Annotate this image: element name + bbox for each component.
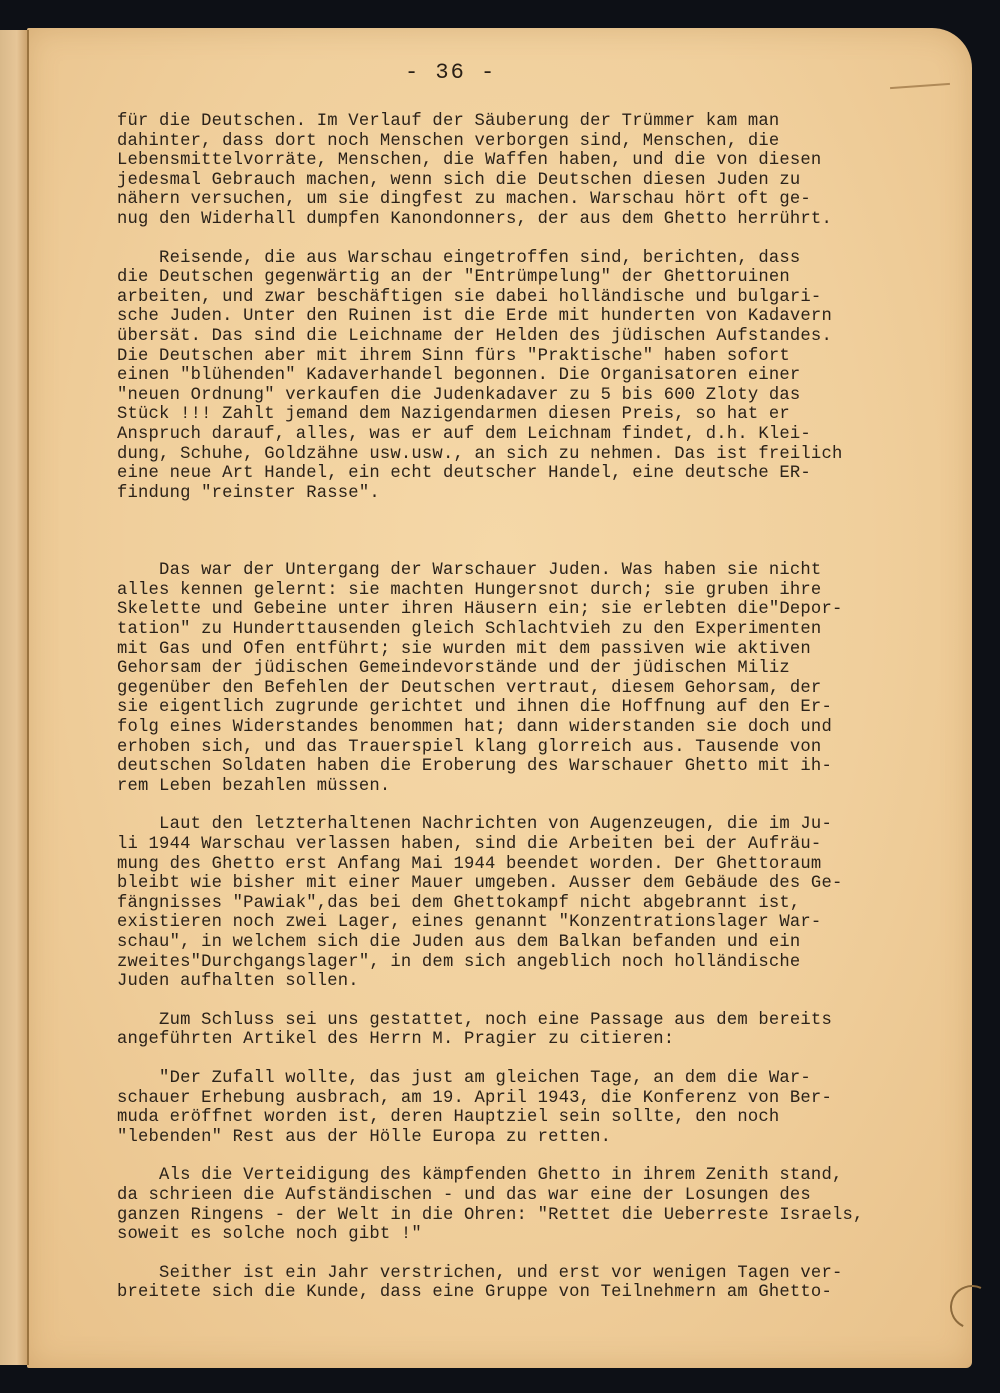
text-line: li 1944 Warschau verlassen haben, sind d… [117, 835, 947, 855]
text-line: "neuen Ordnung" verkaufen die Judenkadav… [117, 386, 947, 406]
text-line: sche Juden. Unter den Ruinen ist die Erd… [117, 307, 947, 327]
text-line: Reisende, die aus Warschau eingetroffen … [117, 249, 947, 269]
text-line: mit Gas und Ofen entführt; sie wurden mi… [117, 640, 947, 660]
text-line: gegenüber den Befehlen der Deutschen ver… [117, 679, 947, 699]
text-line: ganzen Ringens - der Welt in die Ohren: … [117, 1206, 947, 1226]
typewritten-text: für die Deutschen. Im Verlauf der Säuber… [117, 112, 947, 1322]
previous-page-edge [0, 30, 30, 1365]
text-line: nähern versuchen, um sie dingfest zu mac… [117, 190, 947, 210]
text-line: tation" zu Hunderttausenden gleich Schla… [117, 620, 947, 640]
text-line: da schrieen die Aufständischen - und das… [117, 1186, 947, 1206]
text-line: sie eigentlich zugrunde gerichtet und ih… [117, 698, 947, 718]
text-line: Seither ist ein Jahr verstrichen, und er… [117, 1264, 947, 1284]
text-line: deutschen Soldaten haben die Eroberung d… [117, 757, 947, 777]
text-line: Lebensmittelvorräte, Menschen, die Waffe… [117, 151, 947, 171]
paragraph-3: Das war der Untergang der Warschauer Jud… [117, 561, 947, 796]
text-line: eine neue Art Handel, ein echt deutscher… [117, 464, 947, 484]
text-line: Skelette und Gebeine unter ihren Häusern… [117, 600, 947, 620]
text-line: folg eines Widerstandes benommen hat; da… [117, 718, 947, 738]
text-line: soweit es solche noch gibt !" [117, 1225, 947, 1245]
text-line: angeführten Artikel des Herrn M. Pragier… [117, 1030, 947, 1050]
text-line: mung des Ghetto erst Anfang Mai 1944 bee… [117, 855, 947, 875]
text-line: Das war der Untergang der Warschauer Jud… [117, 561, 947, 581]
text-line: breitete sich die Kunde, dass eine Grupp… [117, 1283, 947, 1303]
text-line: Gehorsam der jüdischen Gemeindevorstände… [117, 659, 947, 679]
quote-paragraph-1: "Der Zufall wollte, das just am gleichen… [117, 1069, 947, 1147]
text-line: zweites"Durchgangslager", in dem sich an… [117, 953, 947, 973]
text-line: muda eröffnet worden ist, deren Hauptzie… [117, 1108, 947, 1128]
text-line: "lebenden" Rest aus der Hölle Europa zu … [117, 1128, 947, 1148]
text-line: nug den Widerhall dumpfen Kanondonners, … [117, 210, 947, 230]
text-line: fängnisses "Pawiak",das bei dem Ghettoka… [117, 894, 947, 914]
text-line: die Deutschen gegenwärtig an der "Entrüm… [117, 268, 947, 288]
paragraph-8: Seither ist ein Jahr verstrichen, und er… [117, 1264, 947, 1303]
paragraph-4: Laut den letzterhaltenen Nachrichten von… [117, 815, 947, 991]
book-gutter [27, 30, 29, 1365]
text-line: "Der Zufall wollte, das just am gleichen… [117, 1069, 947, 1089]
text-line: jedesmal Gebrauch machen, wenn sich die … [117, 171, 947, 191]
text-line: Als die Verteidigung des kämpfenden Ghet… [117, 1166, 947, 1186]
text-line: einen "blühenden" Kadaverhandel begonnen… [117, 366, 947, 386]
paragraph-2: Reisende, die aus Warschau eingetroffen … [117, 249, 947, 504]
text-line: arbeiten, und zwar beschäftigen sie dabe… [117, 288, 947, 308]
text-line: für die Deutschen. Im Verlauf der Säuber… [117, 112, 947, 132]
page-number: - 36 - [405, 60, 496, 85]
text-line: alles kennen gelernt: sie machten Hunger… [117, 581, 947, 601]
text-line: Laut den letzterhaltenen Nachrichten von… [117, 815, 947, 835]
text-line: findung "reinster Rasse". [117, 484, 947, 504]
quote-paragraph-2: Als die Verteidigung des kämpfenden Ghet… [117, 1166, 947, 1244]
paragraph-1: für die Deutschen. Im Verlauf der Säuber… [117, 112, 947, 230]
text-line: Zum Schluss sei uns gestattet, noch eine… [117, 1011, 947, 1031]
text-line: Stück !!! Zahlt jemand dem Nazigendarmen… [117, 405, 947, 425]
text-line: bleibt wie bisher mit einer Mauer umgebe… [117, 874, 947, 894]
text-line: übersät. Das sind die Leichname der Held… [117, 327, 947, 347]
text-line: rem Leben bezahlen müssen. [117, 777, 947, 797]
text-line: erhoben sich, und das Trauerspiel klang … [117, 738, 947, 758]
text-line: schauer Erhebung ausbrach, am 19. April … [117, 1089, 947, 1109]
paragraph-5: Zum Schluss sei uns gestattet, noch eine… [117, 1011, 947, 1050]
text-line: schau", in welchem sich die Juden aus de… [117, 933, 947, 953]
text-line: Juden aufhalten sollen. [117, 972, 947, 992]
text-line: dahinter, dass dort noch Menschen verbor… [117, 132, 947, 152]
text-line: Die Deutschen aber mit ihrem Sinn fürs "… [117, 347, 947, 367]
text-line: Anspruch darauf, alles, was er auf dem L… [117, 425, 947, 445]
text-line: existieren noch zwei Lager, eines genann… [117, 913, 947, 933]
text-line: dung, Schuhe, Goldzähne usw.usw., an sic… [117, 445, 947, 465]
